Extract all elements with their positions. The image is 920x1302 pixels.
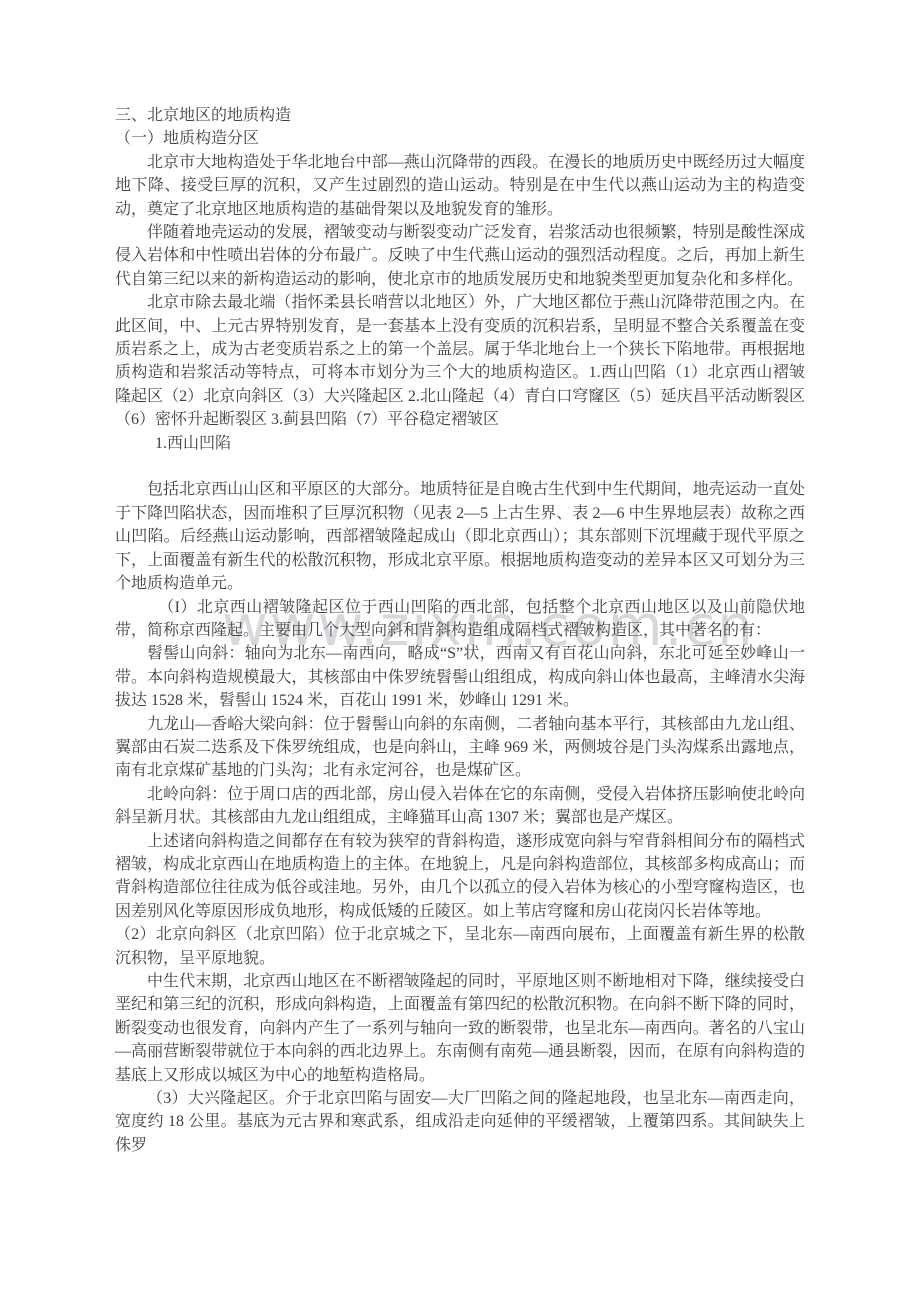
paragraph: 北岭向斜：位于周口店的西北部，房山侵入岩体在它的东南侧，受侵入岩体挤压影响使北岭… — [115, 783, 805, 830]
paragraph: 北京市大地构造处于华北地台中部—燕山沉降带的西段。在漫长的地质历史中既经历过大幅… — [115, 151, 805, 221]
paragraph: 中生代末期，北京西山地区在不断褶皱隆起的同时，平原地区则不断地相对下降，继续接受… — [115, 970, 805, 1087]
paragraph: （2）北京向斜区（北京凹陷）位于北京城之下，呈北东—南西向展布，上面覆盖有新生界… — [115, 923, 805, 970]
paragraph: 包括北京西山山区和平原区的大部分。地质特征是自晚古生代到中生代期间，地壳运动一直… — [115, 478, 805, 595]
paragraph: 北京市除去最北端（指怀柔县长哨营以北地区）外，广大地区都位于燕山沉降带范围之内。… — [115, 291, 805, 431]
paragraph: （I）北京西山褶皱隆起区位于西山凹陷的西北部，包括整个北京西山地区以及山前隐伏地… — [115, 596, 805, 643]
document-body: 三、北京地区的地质构造 （一）地质构造分区 北京市大地构造处于华北地台中部—燕山… — [115, 104, 805, 1157]
paragraph: 髫髻山向斜：轴向为北东—南西向，略成“S”状，西南又有百花山向斜，东北可延至妙峰… — [115, 642, 805, 712]
doc-section-title: 三、北京地区的地质构造 — [115, 104, 805, 127]
paragraph: 九龙山—香峪大梁向斜：位于髫髻山向斜的东南侧，二者轴向基本平行，其核部由九龙山组… — [115, 713, 805, 783]
document-page: www.zixin.com.cn 三、北京地区的地质构造 （一）地质构造分区 北… — [0, 0, 920, 1302]
paragraph: 上述诸向斜构造之间都存在有较为狭窄的背斜构造，遂形成宽向斜与窄背斜相间分布的隔档… — [115, 830, 805, 924]
doc-list-heading: 1.西山凹陷 — [115, 432, 805, 455]
paragraph: 伴随着地壳运动的发展，褶皱变动与断裂变动广泛发育，岩浆活动也很频繁，特别是酸性深… — [115, 221, 805, 291]
paragraph: （3）大兴隆起区。介于北京凹陷与固安—大厂凹陷之间的隆起地段，也呈北东—南西走向… — [115, 1087, 805, 1157]
doc-subsection-title: （一）地质构造分区 — [115, 127, 805, 150]
